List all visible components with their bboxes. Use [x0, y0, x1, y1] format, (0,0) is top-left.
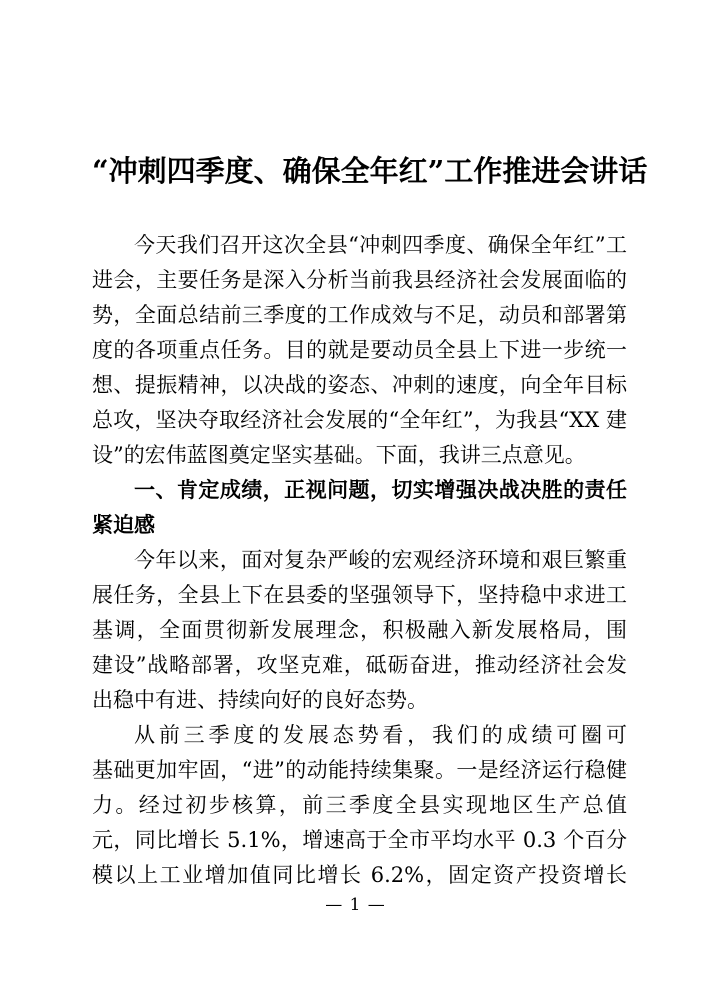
text-line: 想、提振精神，以决战的姿态、冲刺的速度，向全年目标发起	[92, 368, 627, 403]
text-line: 力。经过初步核算，前三季度全县实现地区生产总值 258.7 亿	[92, 788, 627, 823]
paragraph-intro: 今天我们召开这次全县“冲刺四季度、确保全年红”工作推 进会，主要任务是深入分析当…	[92, 228, 627, 473]
text-line: 从前三季度的发展态势看，我们的成绩可圈可点，“稳”的	[92, 718, 627, 753]
text-line: 展任务，全县上下在县委的坚强领导下，坚持稳中求进工作总	[92, 578, 627, 613]
text-line: 模以上工业增加值同比增长 6.2%，固定资产投资增长 9.5%，社	[92, 858, 627, 893]
text-line: 今天我们召开这次全县“冲刺四季度、确保全年红”工作推	[92, 228, 627, 263]
heading-line: 紧迫感	[92, 508, 627, 543]
text-line: 出稳中有进、持续向好的良好态势。	[92, 683, 627, 718]
text-line: 进会，主要任务是深入分析当前我县经济社会发展面临的形	[92, 263, 627, 298]
text-line: 势，全面总结前三季度的工作成效与不足，动员和部署第四季	[92, 298, 627, 333]
text-line: 总攻，坚决夺取经济社会发展的“全年红”，为我县“XX 建	[92, 403, 627, 438]
paragraph-overview: 今年以来，面对复杂严峻的宏观经济环境和艰巨繁重的发 展任务，全县上下在县委的坚强…	[92, 543, 627, 718]
text-line: 元，同比增长 5.1%，增速高于全市平均水平 0.3 个百分点。规	[92, 823, 627, 858]
text-line: 建设”战略部署，攻坚克难，砥砺奋进，推动经济社会发展呈现	[92, 648, 627, 683]
page-number: — 1 —	[325, 895, 386, 915]
text-line: 度的各项重点任务。目的就是要动员全县上下进一步统一思	[92, 333, 627, 368]
text-line: 基础更加牢固，“进”的动能持续集聚。一是经济运行稳健有	[92, 753, 627, 788]
text-line: 基调，全面贯彻新发展理念，积极融入新发展格局，围绕“XX	[92, 613, 627, 648]
text-line: 今年以来，面对复杂严峻的宏观经济环境和艰巨繁重的发	[92, 543, 627, 578]
heading-line: 一、肯定成绩，正视问题，切实增强决战决胜的责任感和	[92, 473, 627, 508]
document-page: “冲刺四季度、确保全年红”工作推进会讲话 今天我们召开这次全县“冲刺四季度、确保…	[0, 0, 711, 1006]
document-title: “冲刺四季度、确保全年红”工作推进会讲话	[92, 147, 627, 195]
page-footer: — 1 —	[0, 893, 711, 917]
paragraph-achievements: 从前三季度的发展态势看，我们的成绩可圈可点，“稳”的 基础更加牢固，“进”的动能…	[92, 718, 627, 893]
section-heading-1: 一、肯定成绩，正视问题，切实增强决战决胜的责任感和 紧迫感	[92, 473, 627, 543]
text-line: 设”的宏伟蓝图奠定坚实基础。下面，我讲三点意见。	[92, 438, 627, 473]
